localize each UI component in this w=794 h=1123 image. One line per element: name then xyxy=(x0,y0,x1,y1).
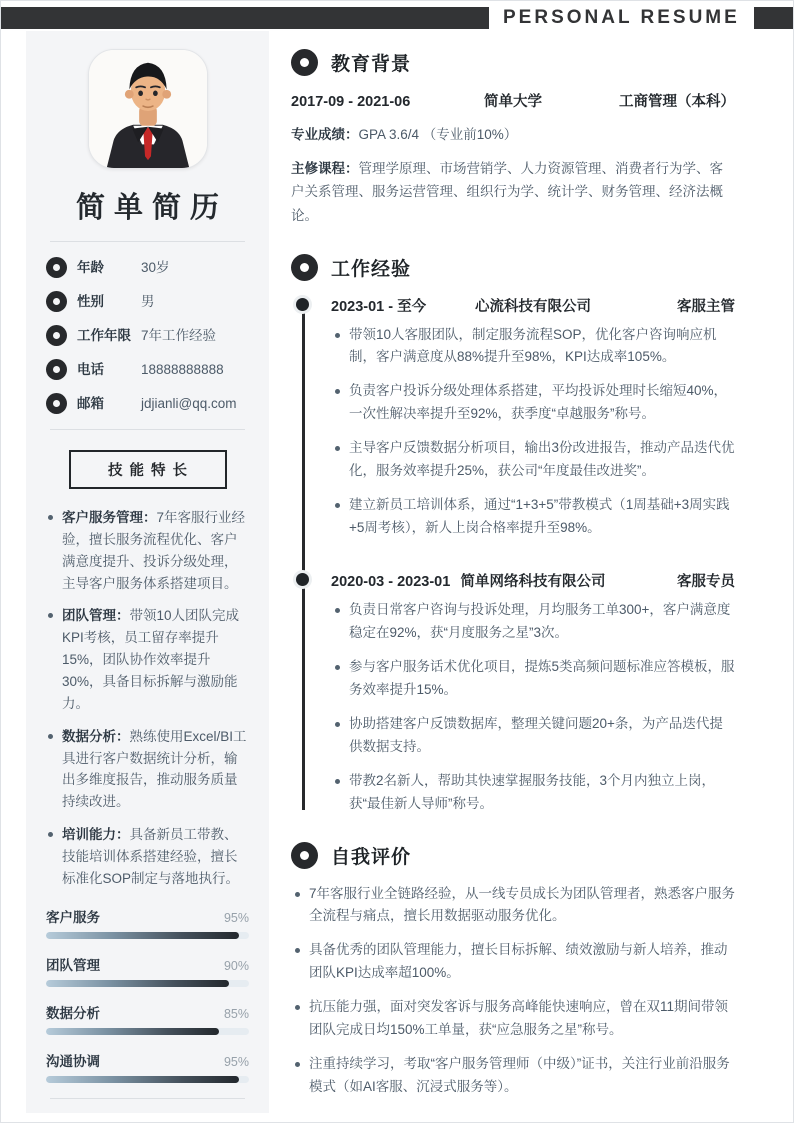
skill-bar-percent: 95% xyxy=(224,1055,249,1069)
skill-item-text: 带领10人团队完成KPI考核，员工留存率提升15%，团队协作效率提升30%，具备… xyxy=(62,608,239,710)
experience-timeline: 2023-01 - 至今 心流科技有限公司 客服主管 带领10人客服团队，制定服… xyxy=(291,295,735,816)
skill-bar-fill xyxy=(46,932,239,939)
education-courses: 主修课程：管理学原理、市场营销学、人力资源管理、消费者行为学、客户关系管理、服务… xyxy=(291,157,735,228)
info-dot-icon xyxy=(46,393,67,414)
sidebar-divider xyxy=(50,1098,245,1099)
avatar-portrait-icon xyxy=(89,50,207,168)
page-title: PERSONAL RESUME xyxy=(489,7,754,29)
job-entry: 2020-03 - 2023-01 简单网络科技有限公司 客服专员 负责日常客户… xyxy=(331,570,735,816)
skill-item: 客户服务管理：7年客服行业经验，擅长服务流程优化、客户满意度提升、投诉分级处理，… xyxy=(46,507,249,594)
banner-bar-left xyxy=(1,7,489,29)
skill-bar-team-management: 团队管理 90% xyxy=(46,954,249,987)
skill-item-label: 数据分析： xyxy=(62,729,130,744)
timeline-dot-icon xyxy=(296,573,309,586)
section-education: 教育背景 2017-09 - 2021-06 简单大学 工商管理（本科） 专业成… xyxy=(291,49,735,228)
job-bullet: 带教2名新人，帮助其快速掌握服务技能，3个月内独立上岗，获“最佳新人导师”称号。 xyxy=(331,770,735,816)
education-period: 2017-09 - 2021-06 xyxy=(291,94,484,110)
job-period: 2023-01 - 至今 xyxy=(331,295,475,316)
sidebar-divider xyxy=(50,241,245,242)
avatar xyxy=(88,49,208,169)
info-value: 30岁 xyxy=(141,257,249,278)
gpa-value: GPA 3.6/4 （专业前10%） xyxy=(359,127,518,142)
info-row-gender: 性别 男 xyxy=(46,291,249,312)
job-period: 2020-03 - 2023-01 xyxy=(331,574,461,590)
skill-bar-fill xyxy=(46,980,229,987)
sidebar-divider xyxy=(50,429,245,430)
top-banner: PERSONAL RESUME xyxy=(1,7,793,29)
info-value: 7年工作经验 xyxy=(141,325,249,346)
job-bullet: 建立新员工培训体系，通过“1+3+5”带教模式（1周基础+3周实践+5周考核），… xyxy=(331,494,735,540)
skill-bar-track xyxy=(46,932,249,939)
skill-bar-label: 沟通协调 xyxy=(46,1050,100,1070)
evaluation-bullet: 7年客服行业全链路经验，从一线专员成长为团队管理者，熟悉客户服务全流程与痛点，擅… xyxy=(291,883,735,929)
job-bullet: 主导客户反馈数据分析项目，输出3份改进报告，推动产品迭代优化，服务效率提升25%… xyxy=(331,437,735,483)
job-entry: 2023-01 - 至今 心流科技有限公司 客服主管 带领10人客服团队，制定服… xyxy=(331,295,735,541)
timeline-dot-icon xyxy=(296,298,309,311)
job-bullet-list: 带领10人客服团队，制定服务流程SOP，优化客户咨询响应机制，客户满意度从88%… xyxy=(331,324,735,541)
section-bullet-icon xyxy=(291,254,318,281)
sidebar: 简单简历 年龄 30岁 性别 男 工作年限 7年工作经验 电话 1888888 xyxy=(26,31,269,1113)
info-dot-icon xyxy=(46,257,67,278)
info-dot-icon xyxy=(46,325,67,346)
skill-bar-percent: 85% xyxy=(224,1007,249,1021)
job-company: 简单网络科技有限公司 xyxy=(461,570,606,591)
skills-list: 客户服务管理：7年客服行业经验，擅长服务流程优化、客户满意度提升、投诉分级处理，… xyxy=(46,507,249,890)
education-major: 工商管理（本科） xyxy=(542,90,735,111)
skill-bar-label: 团队管理 xyxy=(46,954,100,974)
skill-bar-track xyxy=(46,1076,249,1083)
education-school: 简单大学 xyxy=(484,90,542,111)
info-row-experience-years: 工作年限 7年工作经验 xyxy=(46,325,249,346)
job-bullet: 带领10人客服团队，制定服务流程SOP，优化客户咨询响应机制，客户满意度从88%… xyxy=(331,324,735,370)
evaluation-bullet: 注重持续学习，考取“客户服务管理师（中级）”证书，关注行业前沿服务模式（如AI客… xyxy=(291,1053,735,1099)
info-row-phone: 电话 18888888888 xyxy=(46,359,249,380)
job-bullet: 负责日常客户咨询与投诉处理，月均服务工单300+，客户满意度稳定在92%，获“月… xyxy=(331,599,735,645)
job-role: 客服主管 xyxy=(591,295,735,316)
candidate-name: 简单简历 xyxy=(46,185,249,226)
job-header: 2020-03 - 2023-01 简单网络科技有限公司 客服专员 xyxy=(331,570,735,591)
job-bullet-list: 负责日常客户咨询与投诉处理，月均服务工单300+，客户满意度稳定在92%，获“月… xyxy=(331,599,735,816)
info-label: 年龄 xyxy=(77,257,141,278)
info-label: 性别 xyxy=(77,291,141,312)
evaluation-bullet: 具备优秀的团队管理能力，擅长目标拆解、绩效激励与新人培养，推动团队KPI达成率超… xyxy=(291,939,735,985)
info-label: 电话 xyxy=(77,359,141,380)
info-label: 邮箱 xyxy=(77,393,141,414)
skill-bar-customer-service: 客户服务 95% xyxy=(46,906,249,939)
skill-item-label: 培训能力： xyxy=(62,827,130,842)
section-title: 工作经验 xyxy=(331,254,411,281)
job-role: 客服专员 xyxy=(606,570,736,591)
skills-section-title: 技能特长 xyxy=(69,450,227,489)
info-row-age: 年龄 30岁 xyxy=(46,257,249,278)
resume-page: PERSONAL RESUME xyxy=(0,0,794,1123)
skill-item-label: 客户服务管理： xyxy=(62,510,157,525)
skill-item: 团队管理：带领10人团队完成KPI考核，员工留存率提升15%，团队协作效率提升3… xyxy=(46,605,249,714)
skill-item: 培训能力：具备新员工带教、技能培训体系搭建经验，擅长标准化SOP制定与落地执行。 xyxy=(46,824,249,890)
skill-bar-data-analysis: 数据分析 85% xyxy=(46,1002,249,1035)
skill-bar-label: 数据分析 xyxy=(46,1002,100,1022)
info-row-email: 邮箱 jdjianli@qq.com xyxy=(46,393,249,414)
skill-bar-track xyxy=(46,980,249,987)
skill-item: 数据分析：熟练使用Excel/BI工具进行客户数据统计分析，输出多维度报告，推动… xyxy=(46,726,249,813)
skill-item-label: 团队管理： xyxy=(62,608,130,623)
skill-bar-communication: 沟通协调 95% xyxy=(46,1050,249,1083)
info-value: 男 xyxy=(141,291,249,312)
section-experience: 工作经验 2023-01 - 至今 心流科技有限公司 客服主管 带领10人客服团… xyxy=(291,254,735,816)
section-evaluation: 自我评价 7年客服行业全链路经验，从一线专员成长为团队管理者，熟悉客户服务全流程… xyxy=(291,842,735,1100)
job-header: 2023-01 - 至今 心流科技有限公司 客服主管 xyxy=(331,295,735,316)
email-value: jdjianli@qq.com xyxy=(141,393,249,414)
info-dot-icon xyxy=(46,291,67,312)
skill-bar-fill xyxy=(46,1028,219,1035)
education-entry-header: 2017-09 - 2021-06 简单大学 工商管理（本科） xyxy=(291,90,735,111)
skill-bar-percent: 95% xyxy=(224,911,249,925)
evaluation-bullet: 抗压能力强，面对突发客诉与服务高峰能快速响应，曾在双11期间带领团队完成日均15… xyxy=(291,996,735,1042)
skill-bars: 客户服务 95% 团队管理 90% 数据分析 85% xyxy=(46,906,249,1083)
evaluation-bullet-list: 7年客服行业全链路经验，从一线专员成长为团队管理者，熟悉客户服务全流程与痛点，擅… xyxy=(291,883,735,1100)
section-bullet-icon xyxy=(291,842,318,869)
skill-bar-percent: 90% xyxy=(224,959,249,973)
section-title: 自我评价 xyxy=(331,842,411,869)
personal-info-list: 年龄 30岁 性别 男 工作年限 7年工作经验 电话 18888888888 邮… xyxy=(46,257,249,414)
skill-bar-fill xyxy=(46,1076,239,1083)
info-dot-icon xyxy=(46,359,67,380)
job-bullet: 负责客户投诉分级处理体系搭建，平均投诉处理时长缩短40%，一次性解决率提升至92… xyxy=(331,380,735,426)
phone-value: 18888888888 xyxy=(141,359,249,380)
courses-label: 主修课程： xyxy=(291,161,359,176)
job-bullet: 协助搭建客户反馈数据库，整理关键问题20+条，为产品迭代提供数据支持。 xyxy=(331,713,735,759)
section-title: 教育背景 xyxy=(331,49,411,76)
section-bullet-icon xyxy=(291,49,318,76)
skill-bar-track xyxy=(46,1028,249,1035)
main-content: 教育背景 2017-09 - 2021-06 简单大学 工商管理（本科） 专业成… xyxy=(291,49,735,1123)
info-label: 工作年限 xyxy=(77,325,141,346)
education-gpa: 专业成绩：GPA 3.6/4 （专业前10%） xyxy=(291,123,735,147)
gpa-label: 专业成绩： xyxy=(291,127,359,142)
skill-bar-label: 客户服务 xyxy=(46,906,100,926)
job-company: 心流科技有限公司 xyxy=(475,295,591,316)
banner-bar-right xyxy=(754,7,793,29)
job-bullet: 参与客户服务话术优化项目，提炼5类高频问题标准应答模板，服务效率提升15%。 xyxy=(331,656,735,702)
